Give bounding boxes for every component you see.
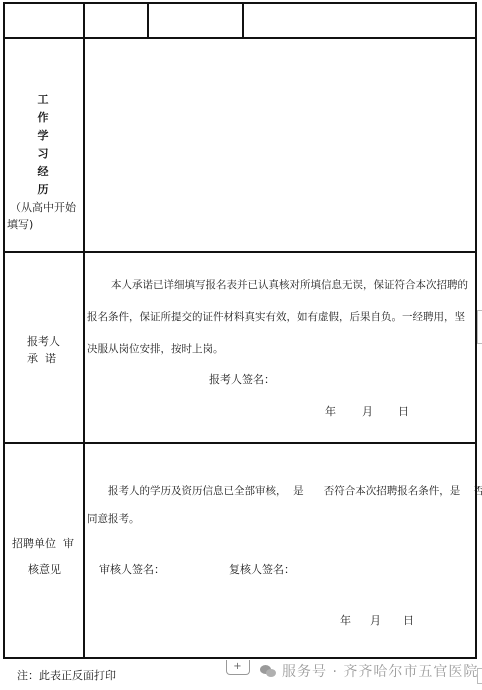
review-text: 同意报考。 xyxy=(87,511,140,526)
side-edge-tab xyxy=(477,668,482,684)
review-label: 核意见 xyxy=(28,561,61,577)
date-month: 月 xyxy=(370,612,381,628)
plus-button[interactable]: + xyxy=(226,660,250,675)
label-char: 工 xyxy=(3,91,83,109)
top-row-cell[interactable] xyxy=(5,4,82,37)
print-note: 注：此表正反面打印 xyxy=(17,667,116,683)
work-history-label: 工 作 学 习 经 历 xyxy=(3,91,83,199)
date-day: 日 xyxy=(403,612,414,628)
commitment-text: 报名条件，保证所提交的证件材料真实有效，如有虚假，后果自负。一经聘用，坚 xyxy=(87,309,465,324)
row-divider xyxy=(3,37,476,39)
rechecker-signature-label: 复核人签名： xyxy=(229,561,295,577)
commitment-label: 报考人 xyxy=(27,333,60,349)
top-row-cell[interactable] xyxy=(244,4,474,37)
top-row-cell[interactable] xyxy=(85,4,146,37)
date-day: 日 xyxy=(398,403,409,419)
review-text: 报考人的学历及资历信息已全部审核， 是 否符合本次招聘报名条件，是 否 xyxy=(108,483,482,498)
reviewer-signature-label: 审核人签名： xyxy=(99,561,165,577)
review-label: 招聘单位 审 xyxy=(12,535,74,551)
top-row-cell[interactable] xyxy=(149,4,241,37)
applicant-signature-label: 报考人签名： xyxy=(209,371,275,387)
label-char: 历 xyxy=(3,181,83,199)
date-year: 年 xyxy=(340,612,351,628)
commitment-text: 本人承诺已详细填写报名表并已认真核对所填信息无误，保证符合本次招聘的 xyxy=(111,277,468,292)
row-divider xyxy=(3,251,476,253)
commitment-text: 决服从岗位安排，按时上岗。 xyxy=(87,341,224,356)
date-month: 月 xyxy=(362,403,373,419)
row-divider xyxy=(3,442,476,444)
label-char: 经 xyxy=(3,163,83,181)
date-year: 年 xyxy=(325,403,336,419)
column-divider xyxy=(83,2,85,659)
work-history-note: 填写) xyxy=(7,216,33,232)
watermark: + 服务号 · 齐齐哈尔市五官医院 xyxy=(226,660,478,682)
side-edge-tab xyxy=(477,310,482,344)
work-history-input[interactable] xyxy=(86,40,474,250)
label-char: 学 xyxy=(3,127,83,145)
work-history-note: （从高中开始 xyxy=(10,199,76,215)
table-border-bottom xyxy=(3,657,476,659)
label-char: 习 xyxy=(3,145,83,163)
label-char: 作 xyxy=(3,109,83,127)
commitment-label: 承 诺 xyxy=(27,350,56,366)
wechat-icon xyxy=(260,664,278,678)
watermark-text: 服务号 · 齐齐哈尔市五官医院 xyxy=(282,661,478,681)
